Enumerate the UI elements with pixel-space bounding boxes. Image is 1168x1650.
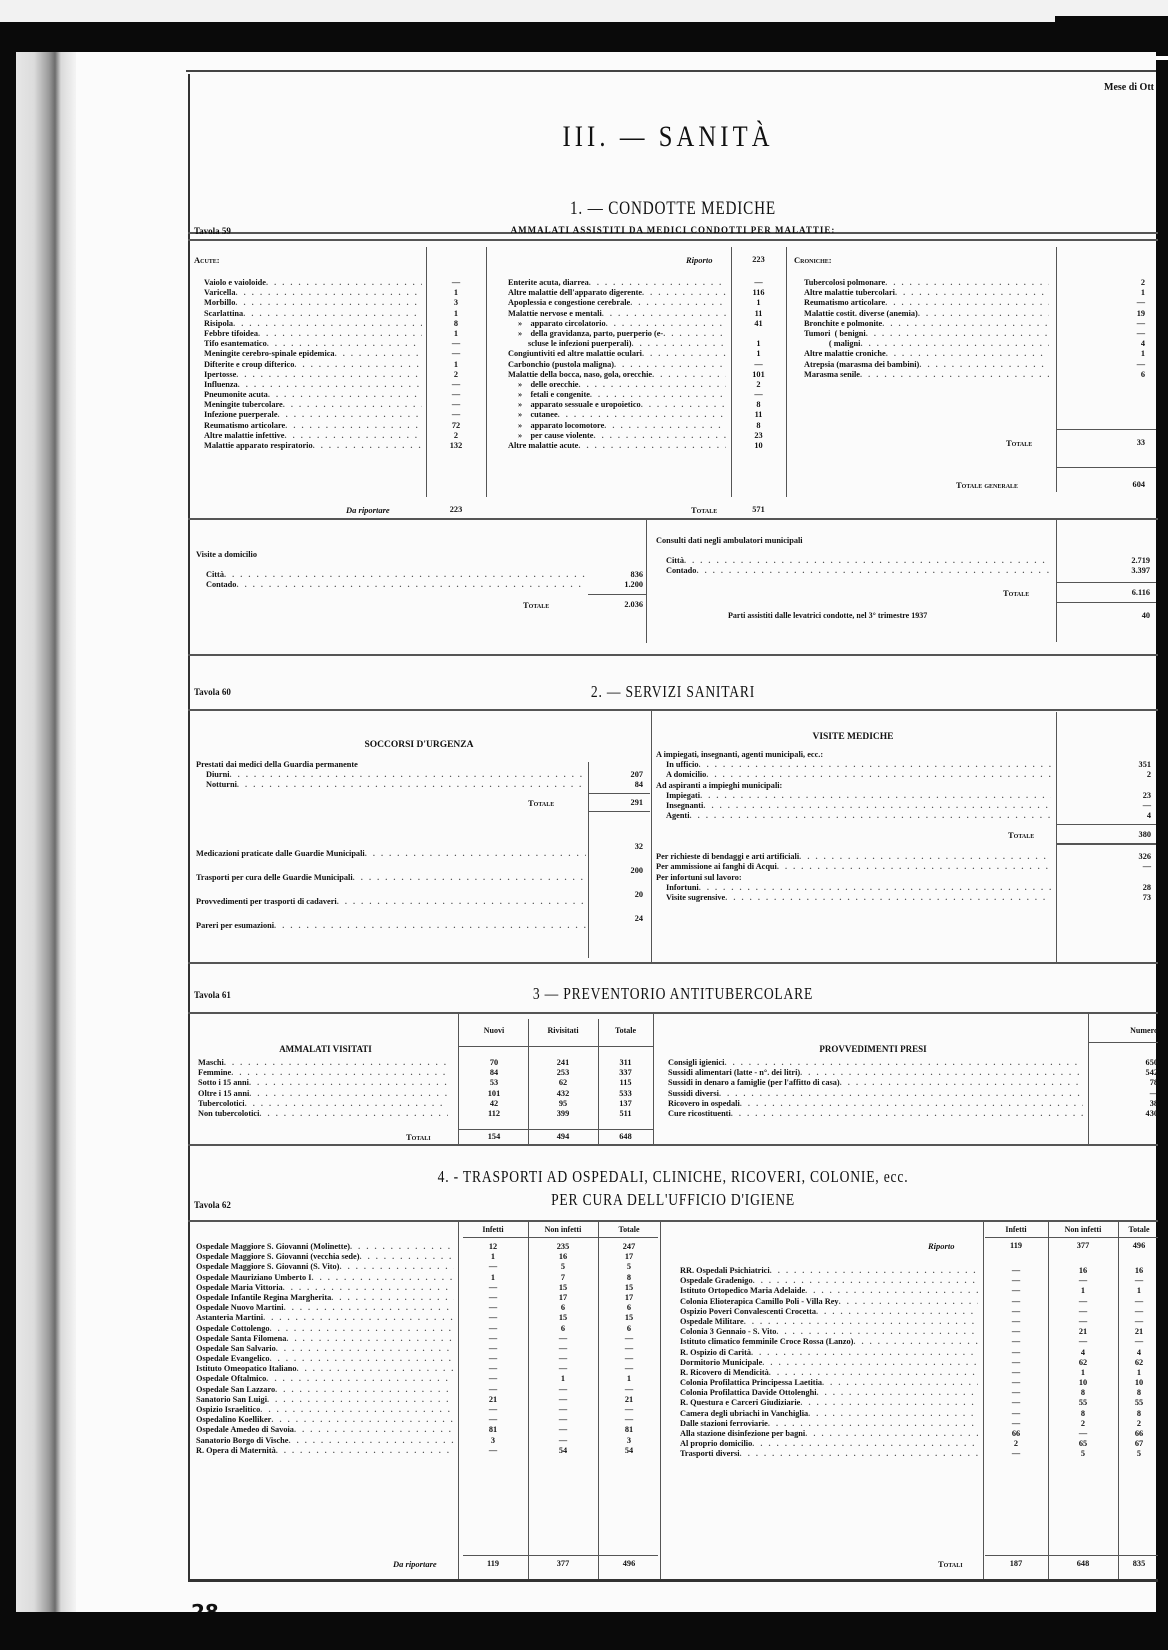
cell-value: — — [600, 1344, 658, 1354]
list-item: Visite sugrensive — [666, 893, 1051, 903]
cell-value: — — [600, 1415, 658, 1425]
cell-value: — — [460, 1354, 526, 1364]
carried-label: Riporto — [686, 255, 712, 265]
row-label: Dormitorio Municipale — [680, 1358, 762, 1368]
cell-value: 3 — [431, 298, 481, 308]
row-label: Atrepsia (marasma dei bambini) — [804, 360, 919, 370]
leader-dots — [800, 1398, 978, 1408]
leader-dots — [740, 1099, 1083, 1109]
col-non-infetti: Non infetti — [530, 1225, 596, 1234]
cell-value: — — [1120, 1307, 1158, 1317]
row-label: Pneumonite acuta — [204, 390, 268, 400]
list-item: scluse le infezioni puerperali) — [508, 339, 726, 349]
section1-title: 1. — CONDOTTE MEDICHE — [285, 198, 1061, 220]
cell-value: 55 — [1050, 1398, 1116, 1408]
cell-value: 1 — [736, 298, 781, 308]
leader-dots — [285, 421, 422, 431]
leader-dots — [274, 914, 586, 938]
cell-value: — — [1061, 319, 1145, 329]
row-label: Impiegati — [666, 791, 700, 801]
row-label: Città — [666, 556, 684, 566]
totale-carried: 496 — [1120, 1241, 1158, 1251]
cell-value: 11 — [736, 410, 781, 420]
leader-dots — [805, 1286, 978, 1296]
divider — [188, 654, 1158, 656]
column-rule — [588, 762, 589, 958]
leader-dots — [276, 1344, 454, 1354]
medical-visits-list-4: InfortuniVisite sugrensive — [666, 883, 1051, 903]
leader-dots — [642, 349, 726, 359]
row-label: Infortuni — [666, 883, 699, 893]
leader-dots — [768, 1419, 978, 1429]
non-infetti-values-right: 16—1———21—46211085582—655 — [1050, 1266, 1116, 1460]
list-item: Per ammissione ai fanghi di Acqui — [656, 862, 1051, 872]
cell-value: — — [985, 1388, 1047, 1398]
column-rule — [731, 247, 732, 497]
list-item: Istituto Ortopedico Maria Adelaide — [680, 1286, 978, 1296]
col-infetti-right: Infetti — [985, 1225, 1047, 1234]
leader-dots — [263, 1313, 454, 1323]
leader-dots — [614, 360, 726, 370]
cell-value: 1 — [431, 288, 481, 298]
cell-value: 8 — [431, 319, 481, 329]
cell-value: 15 — [600, 1283, 658, 1293]
acute-values: —13181——12————722132 — [431, 278, 481, 451]
list-item: Reumatismo articolare — [804, 298, 1049, 308]
cell-value: — — [460, 1313, 526, 1323]
rivisitati-total: 494 — [528, 1132, 598, 1142]
list-item: Atrepsia (marasma dei bambini) — [804, 360, 1049, 370]
list-item: Ospedale Evangelico — [196, 1354, 454, 1364]
cell-value: 836 — [588, 570, 643, 580]
cell-value: 4 — [1061, 339, 1145, 349]
list-item: Ospedale Maggiore S. Giovanni (Molinette… — [196, 1242, 454, 1252]
leader-dots — [578, 441, 726, 451]
list-item: Sanatorio Borgo di Vische — [196, 1436, 454, 1446]
row-label: Ospedale Militare — [680, 1317, 744, 1327]
cell-value: — — [985, 1337, 1047, 1347]
cell-value: 1 — [530, 1374, 596, 1384]
list-item: Sussidi alimentari (latte - n°. dei litr… — [668, 1068, 1083, 1078]
list-item: » apparato locomotore — [508, 421, 726, 431]
row-label: Ospedale Gradenigo — [680, 1276, 753, 1286]
row-label: Ospedale Oftalmico — [196, 1374, 266, 1384]
leader-dots — [822, 1378, 978, 1388]
row-label: R. Ricovero di Mendicità — [680, 1368, 769, 1378]
group1-heading: A impiegati, insegnanti, agenti municipa… — [656, 750, 823, 759]
row-label: Bronchite e polmonite — [804, 319, 882, 329]
cell-value: 21 — [1050, 1327, 1116, 1337]
cell-value: — — [460, 1374, 526, 1384]
leader-dots — [751, 1348, 978, 1358]
cell-value: 8 — [736, 400, 781, 410]
column-rule — [653, 1014, 654, 1144]
cell-value: 8 — [1120, 1409, 1158, 1419]
cell-value: 65 — [1050, 1439, 1116, 1449]
cell-value: 1 — [1061, 288, 1145, 298]
row-label: Malattie nervose e mentali — [508, 309, 602, 319]
leader-dots — [744, 1317, 978, 1327]
list-item: Contado — [206, 580, 586, 590]
leader-dots — [630, 298, 726, 308]
list-item: In ufficio — [666, 760, 1051, 770]
infetti-carry: 119 — [460, 1559, 526, 1569]
non-infetti-values: 235165715176156————1——————54 — [530, 1242, 596, 1456]
cell-value: 21 — [460, 1395, 526, 1405]
list-item: » per cause violente — [508, 431, 726, 441]
carry-label: Da riportare — [346, 505, 390, 515]
list-item: Città — [206, 570, 586, 580]
cell-value: 72 — [431, 421, 481, 431]
cell-value: 12 — [460, 1242, 526, 1252]
list-item: Ospizio Israelitico — [196, 1405, 454, 1415]
list-item: A domicilio — [666, 770, 1051, 780]
cell-value — [736, 329, 781, 339]
leader-dots — [236, 370, 422, 380]
consultations-list: CittàContado — [666, 556, 1051, 576]
list-item: Malattie della bocca, naso, gola, orecch… — [508, 370, 726, 380]
cell-value: 8 — [736, 421, 781, 431]
cell-value: 432 — [528, 1089, 598, 1099]
carried-value: 223 — [736, 255, 781, 265]
header-rule — [985, 1237, 1158, 1238]
leader-dots — [895, 288, 1049, 298]
column-rule — [651, 710, 652, 962]
list-item: Pareri per esumazioni — [196, 914, 586, 938]
consultations-heading: Consulti dati negli ambulatori municipal… — [656, 536, 803, 545]
infetti-carried: 119 — [985, 1241, 1047, 1251]
row-label: Altre malattie croniche — [804, 349, 886, 359]
leader-dots — [267, 1395, 454, 1405]
left-carry-label: Da riportare — [393, 1559, 437, 1569]
leader-dots — [641, 400, 726, 410]
leader-dots — [740, 1449, 978, 1459]
cell-value: 8 — [1050, 1409, 1116, 1419]
cell-value: 1 — [736, 339, 781, 349]
leader-dots — [882, 319, 1049, 329]
cell-value: — — [985, 1286, 1047, 1296]
table-label: Tavola 61 — [194, 990, 231, 1000]
row-label: Camera degli ubriachi in Vanchiglia — [680, 1409, 808, 1419]
cell-value: — — [1050, 1337, 1116, 1347]
row-label: Reumatismo articolare — [804, 298, 885, 308]
row-label: Ospedale Maggiore S. Giovanni (S. Vito) — [196, 1262, 339, 1272]
cell-value: 16 — [1050, 1266, 1116, 1276]
list-item: » apparato sessuale e uropoietico — [508, 400, 726, 410]
leader-dots — [350, 1242, 454, 1252]
row-label: Città — [206, 570, 224, 580]
column-rule — [786, 247, 787, 497]
total-rule — [1056, 582, 1156, 583]
cell-value: — — [460, 1364, 526, 1374]
column-rule — [458, 1014, 459, 1144]
column-rule — [1056, 247, 1057, 492]
patients-heading: AMMALATI VISITATI — [198, 1044, 453, 1054]
medical-visits-values-2: 23—4 — [1063, 791, 1151, 822]
totale-values: 311337115533137511 — [598, 1058, 653, 1119]
row-label: Vaiolo e vaioloide — [204, 278, 266, 288]
leader-dots — [311, 1273, 454, 1283]
cell-value: 16 — [530, 1252, 596, 1262]
leader-dots — [313, 441, 422, 451]
row-label: Ospedale Maggiore S. Giovanni (Molinette… — [196, 1242, 350, 1252]
row-label: Sussidi diversi — [668, 1089, 719, 1099]
infetti-total: 187 — [985, 1559, 1047, 1569]
cell-value: — — [736, 360, 781, 370]
row-label: Carbonchio (pustola maligna) — [508, 360, 614, 370]
cell-value: — — [460, 1303, 526, 1313]
column-rule — [646, 518, 647, 643]
cell-value: 1 — [431, 360, 481, 370]
medical-visits-box: VISITE MEDICHE A impiegati, insegnanti, … — [653, 712, 1156, 962]
cell-value: — — [460, 1324, 526, 1334]
cell-value: — — [1050, 1429, 1116, 1439]
row-label: Femmine — [198, 1068, 231, 1078]
cell-value: 21 — [600, 1395, 658, 1405]
list-item: Ospedale Amedeo di Savoia — [196, 1425, 454, 1435]
scan-frame-bottom — [0, 1612, 1168, 1650]
cell-value: — — [460, 1446, 526, 1456]
row-label: Apoplessia e congestione cerebrale — [508, 298, 630, 308]
cell-value: 6 — [600, 1303, 658, 1313]
leader-dots — [631, 339, 726, 349]
cell-value: — — [985, 1378, 1047, 1388]
leader-dots — [249, 1089, 448, 1099]
cell-value: 2 — [1063, 770, 1151, 780]
list-item: Congiuntiviti ed altre malattie oculari — [508, 349, 726, 359]
leader-dots — [231, 1068, 448, 1078]
row-label: Al proprio domicilio — [680, 1439, 752, 1449]
leader-dots — [752, 1439, 978, 1449]
cell-value: 8 — [1120, 1388, 1158, 1398]
grand-total-label: Totale generale — [956, 480, 1018, 490]
row-label: Altre malattie acute — [508, 441, 578, 451]
nuovi-total: 154 — [460, 1132, 528, 1142]
leader-dots — [839, 1297, 978, 1307]
cell-value: 11 — [736, 309, 781, 319]
cell-value: 16 — [1120, 1266, 1158, 1276]
row-label: Meningite tubercolare — [204, 400, 283, 410]
row-label: Medicazioni praticate dalle Guardie Muni… — [196, 842, 365, 866]
list-item: Colonia Elioterapica Camillo Poli - Vill… — [680, 1297, 978, 1307]
home-total-value: 2.036 — [588, 600, 643, 610]
leader-dots — [283, 400, 422, 410]
cell-value: 81 — [600, 1425, 658, 1435]
cell-value: — — [431, 349, 481, 359]
list-item: Scarlattina — [204, 309, 422, 319]
list-item: Al proprio domicilio — [680, 1439, 978, 1449]
leader-dots — [236, 580, 586, 590]
leader-dots — [769, 1368, 978, 1378]
leader-dots — [725, 893, 1051, 903]
cell-value: 542 — [1093, 1068, 1158, 1078]
list-item: Città — [666, 556, 1051, 566]
cell-value: — — [985, 1358, 1047, 1368]
cell-value: 8 — [600, 1273, 658, 1283]
leader-dots — [770, 1266, 978, 1276]
header-rule — [1088, 1042, 1158, 1043]
leader-dots — [684, 556, 1051, 566]
row-label: Insegnanti — [666, 801, 703, 811]
leader-dots — [270, 1324, 454, 1334]
row-label: Ospedale Evangelico — [196, 1354, 270, 1364]
right-carried-label: Riporto — [928, 1241, 954, 1251]
totale-total: 835 — [1120, 1559, 1158, 1569]
cell-value: 1 — [1050, 1286, 1116, 1296]
group2-heading: Ad aspiranti a impieghi municipali: — [656, 781, 782, 790]
births-value: 40 — [1060, 611, 1150, 621]
cell-value: — — [1120, 1317, 1158, 1327]
row-label: Colonia 3 Gennaio - S. Vito — [680, 1327, 776, 1337]
cell-value: 2 — [1061, 278, 1145, 288]
list-item: Morbillo — [204, 298, 422, 308]
list-item: Tubercolotici — [198, 1099, 448, 1109]
row-label: Ospedale Santa Filomena — [196, 1334, 286, 1344]
cell-value: 235 — [530, 1242, 596, 1252]
leader-dots — [284, 431, 422, 441]
chronic-disease-list: Tubercolosi polmonareAltre malattie tube… — [804, 278, 1049, 380]
medical-visits-list-3: Per richieste di bendaggi e arti artific… — [656, 852, 1051, 872]
column-rule — [1056, 520, 1057, 642]
consultations-box: Consulti dati negli ambulatori municipal… — [648, 520, 1156, 640]
rivisitati-values: 2412536243295399 — [528, 1058, 598, 1119]
medical-total-label: Totale — [1008, 830, 1034, 840]
cell-value: 1 — [460, 1252, 526, 1262]
row-label: Diurni — [206, 770, 230, 780]
cell-value: 70 — [460, 1058, 528, 1068]
cell-value: 132 — [431, 441, 481, 451]
total-rule — [1056, 843, 1156, 845]
medical-visits-list-2: ImpiegatiInsegnantiAgenti — [666, 791, 1051, 822]
row-label: Contado — [206, 580, 236, 590]
medical-visits-values-3: 326— — [1063, 852, 1151, 872]
cell-value: — — [985, 1307, 1047, 1317]
list-item: RR. Ospedali Psichiatrici — [680, 1266, 978, 1276]
cell-value: — — [530, 1436, 596, 1446]
cell-value: 19 — [1061, 309, 1145, 319]
scan-background — [0, 0, 1168, 22]
cell-value: — — [460, 1385, 526, 1395]
header-rule — [458, 1046, 653, 1047]
cell-value: 28 — [1063, 883, 1151, 893]
infetti-values: 121—1———————————21——813— — [460, 1242, 526, 1456]
cell-value: — — [460, 1334, 526, 1344]
list-item: Impiegati — [666, 791, 1051, 801]
row-label: Agenti — [666, 811, 690, 821]
cell-value: 2 — [431, 370, 481, 380]
leader-dots — [696, 566, 1051, 576]
row-label: Notturni — [206, 780, 237, 790]
header-rule — [186, 70, 1156, 72]
leader-dots — [288, 1436, 454, 1446]
totale-values-right: 16—1———21—4621108558266675 — [1120, 1266, 1158, 1460]
measures-list: Consigli igieniciSussidi alimentari (lat… — [668, 1058, 1083, 1119]
row-label: Dalle stazioni ferroviarie — [680, 1419, 768, 1429]
cell-value: 2 — [431, 431, 481, 441]
cell-value: — — [736, 390, 781, 400]
list-item: Meningite tubercolare — [204, 400, 422, 410]
row-label: Non tubercolotici — [198, 1109, 259, 1119]
list-item: Diurni — [206, 770, 586, 780]
row-label: In ufficio — [666, 760, 699, 770]
total-rule — [458, 1129, 653, 1130]
cell-value: 2 — [985, 1439, 1047, 1449]
leader-dots — [258, 329, 422, 339]
list-item: Tifo esantematico — [204, 339, 422, 349]
row-label: » apparato locomotore — [518, 421, 604, 431]
list-item: Ospedale Cottolengo — [196, 1324, 454, 1334]
cell-value: — — [460, 1344, 526, 1354]
leader-dots — [283, 1283, 454, 1293]
cell-value: 2 — [1120, 1419, 1158, 1429]
leader-dots — [339, 1262, 454, 1272]
column-rule — [486, 247, 487, 497]
list-item: Risipola — [204, 319, 422, 329]
cell-value: — — [431, 278, 481, 288]
cell-value: 101 — [736, 370, 781, 380]
leader-dots — [331, 1293, 454, 1303]
leader-dots — [243, 309, 422, 319]
list-item: Varicella — [204, 288, 422, 298]
list-item: Tubercolosi polmonare — [804, 278, 1049, 288]
leader-dots — [296, 1364, 454, 1374]
list-item: Ospedale Maggiore S. Giovanni (S. Vito) — [196, 1262, 454, 1272]
list-item: Medicazioni praticate dalle Guardie Muni… — [196, 842, 586, 866]
row-label: Contado — [666, 566, 696, 576]
list-item: Sussidi diversi — [668, 1089, 1083, 1099]
cell-value: — — [985, 1327, 1047, 1337]
row-label: Astanteria Martini — [196, 1313, 263, 1323]
leader-dots — [817, 1388, 978, 1398]
list-item: R. Ricovero di Mendicità — [680, 1368, 978, 1378]
cell-value: — — [530, 1425, 596, 1435]
row-label: Difterite e croup difterico — [204, 360, 294, 370]
cell-value: 95 — [528, 1099, 598, 1109]
cell-value: 81 — [460, 1425, 526, 1435]
list-item: Camera degli ubriachi in Vanchiglia — [680, 1409, 978, 1419]
leader-dots — [860, 370, 1049, 380]
leader-dots — [224, 570, 586, 580]
list-item: Ospedale Mauriziano Umberto I — [196, 1273, 454, 1283]
cell-value: — — [1050, 1307, 1116, 1317]
cell-value: 20 — [593, 890, 643, 914]
list-item: Meningite cerebro-spinale epidemica — [204, 349, 422, 359]
list-item: Ospedale Maria Vittoria — [196, 1283, 454, 1293]
cell-value: 23 — [736, 431, 781, 441]
list-item: Infezione puerperale — [204, 410, 422, 420]
row-label: » per cause violente — [518, 431, 593, 441]
cell-value: 17 — [600, 1293, 658, 1303]
list-item: Ospedale Oftalmico — [196, 1374, 454, 1384]
row-label: Ospedale San Lazzaro — [196, 1385, 275, 1395]
list-item: Ospedale Gradenigo — [680, 1276, 978, 1286]
row-label: Risipola — [204, 319, 233, 329]
leader-dots — [690, 811, 1051, 821]
cell-value: 8 — [1050, 1388, 1116, 1398]
column-rule — [528, 1222, 529, 1579]
cell-value: 247 — [600, 1242, 658, 1252]
cell-value: — — [985, 1348, 1047, 1358]
cell-value: 24 — [593, 914, 643, 938]
cell-value: 3.397 — [1060, 566, 1150, 576]
leader-dots — [294, 1425, 454, 1435]
leader-dots — [604, 421, 726, 431]
list-item: Provvedimenti per trasporti di cadaveri — [196, 890, 586, 914]
row-label: » apparato sessuale e uropoietico — [518, 400, 641, 410]
leader-dots — [260, 1405, 454, 1415]
row-label: Sussidi in denaro a famiglie (per l'affi… — [668, 1078, 840, 1088]
row-label: RR. Ospedali Psichiatrici — [680, 1266, 770, 1276]
